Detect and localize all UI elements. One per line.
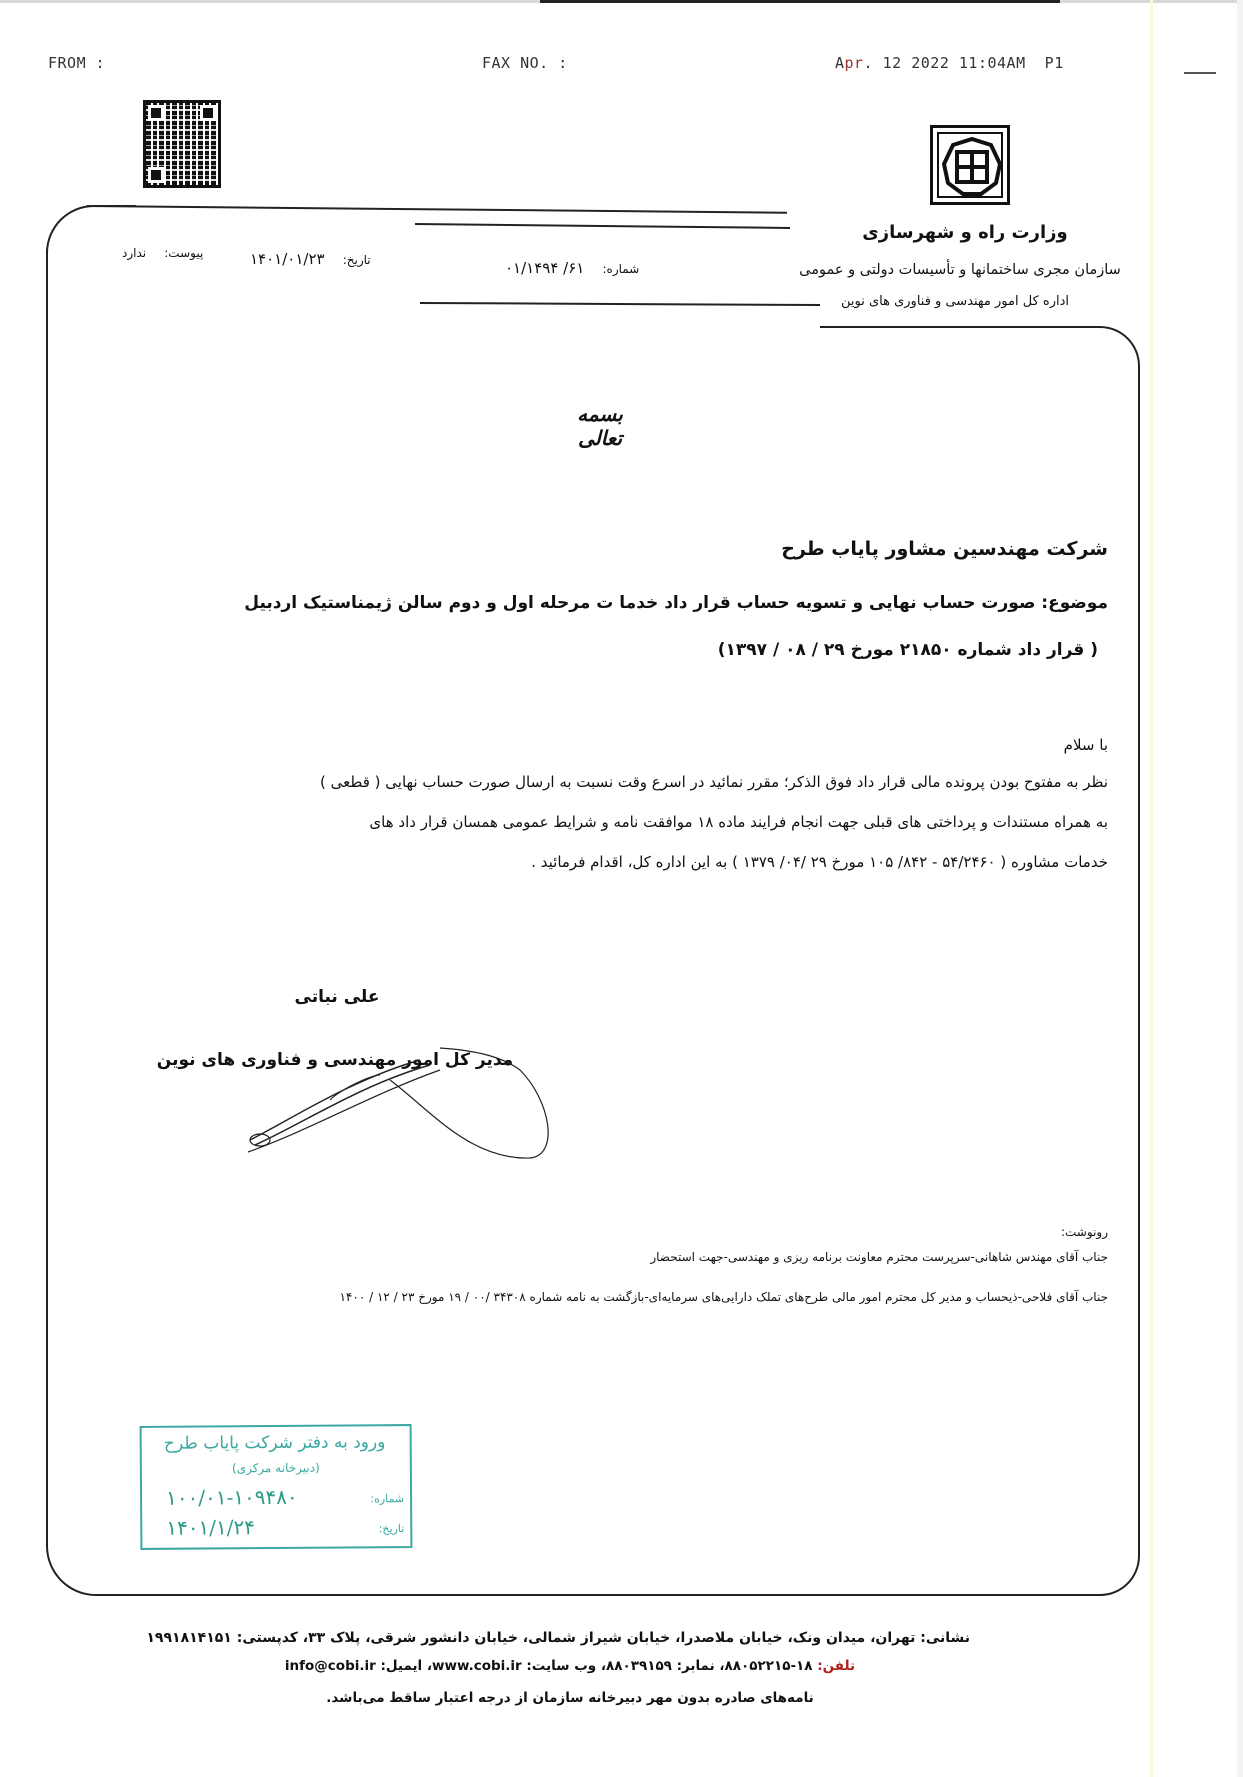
stamp-number-row: شماره: ۱۰۰/۰۱-۱۰۹۴۸۰ xyxy=(146,1492,404,1507)
contract-reference: ( قرار داد شماره ۲۱۸۵۰ مورخ ۲۹ / ۰۸ / ۱۳… xyxy=(718,640,1098,660)
attachment-label: پیوست: xyxy=(164,246,203,260)
subject: موضوع: صورت حساب نهایی و تسویه حساب قرار… xyxy=(244,593,1108,613)
footer-contact: تلفن: ۱۸-۸۸۰۵۲۲۱۵، نمابر: ۸۸۰۳۹۱۵۹، وب س… xyxy=(250,1658,890,1674)
receipt-stamp: ورود به دفتر شرکت پایاب طرح (دبیرخانه مر… xyxy=(140,1424,413,1550)
frame-top-line xyxy=(87,205,787,214)
date-value: ۱۴۰۱/۰۱/۲۳ xyxy=(250,250,325,268)
scan-artifact-strip xyxy=(1150,0,1153,1777)
number-value: ۶۱/ ۰۱/۱۴۹۴ xyxy=(505,259,584,277)
handwritten-signature-icon xyxy=(230,1040,560,1170)
stamp-number-label: شماره: xyxy=(370,1492,404,1505)
cc-title: رونوشت: xyxy=(1061,1225,1108,1239)
stamp-title: ورود به دفتر شرکت پایاب طرح xyxy=(144,1432,406,1454)
frame-right xyxy=(820,326,1140,1596)
scan-right-edge xyxy=(1237,0,1243,1777)
recipient: شرکت مهندسین مشاور پایاب طرح xyxy=(781,538,1108,560)
fax-header: FROM : FAX NO. : Apr. 12 2022 11:04AM P1 xyxy=(0,50,1243,80)
basmala: بسمه تعالی xyxy=(560,402,640,450)
fax-from-label: FROM : xyxy=(48,54,105,72)
attachment-value: ندارد xyxy=(122,246,146,260)
scan-top-edge xyxy=(0,0,1243,3)
stamp-date-row: تاریخ: ۱۴۰۱/۱/۲۴ xyxy=(146,1522,404,1537)
letter-date: تاریخ: ۱۴۰۱/۰۱/۲۳ xyxy=(250,250,371,268)
header-rule-top xyxy=(415,223,790,229)
stamp-date-label: تاریخ: xyxy=(379,1522,405,1535)
signer-name: علی نباتی xyxy=(292,987,382,1007)
contact-details: ۱۸-۸۸۰۵۲۲۱۵، نمابر: ۸۸۰۳۹۱۵۹، وب سایت: w… xyxy=(285,1658,817,1674)
number-label: شماره: xyxy=(603,262,640,276)
fax-date-prefix: A xyxy=(835,54,845,72)
footer-address: نشانی: تهران، میدان ونک، خیابان ملاصدرا،… xyxy=(150,1630,970,1646)
frame-left-bottom xyxy=(46,250,846,1596)
letter-number: شماره: ۶۱/ ۰۱/۱۴۹۴ xyxy=(505,259,639,277)
fax-date-rest: . 12 2022 11:04AM P1 xyxy=(864,54,1064,72)
stamp-subtitle: (دبیرخانه مرکزی) xyxy=(142,1460,410,1476)
greeting: با سلام xyxy=(1064,736,1108,754)
body-line: نظر به مفتوح بودن پرونده مالی قرار داد ف… xyxy=(320,773,1108,791)
fax-date-accent: pr xyxy=(845,54,864,72)
ministry-emblem-icon xyxy=(930,125,1010,205)
department-name: اداره کل امور مهندسی و فناوری های نوین xyxy=(820,294,1090,309)
footer-notice: نامه‌های صادره بدون مهر دبیرخانه سازمان … xyxy=(300,1690,840,1706)
letter-attachment: پیوست: ندارد xyxy=(108,246,203,261)
stamp-number-value: ۱۰۰/۰۱-۱۰۹۴۸۰ xyxy=(166,1485,298,1510)
body-line: خدمات مشاوره ( ۵۴/۲۴۶۰ - ۸۴۲/ ۱۰۵ مورخ ۲… xyxy=(531,853,1108,871)
fax-dash-mark xyxy=(1184,72,1216,74)
cc-line: جناب آقای مهندس شاهانی-سرپرست محترم معاو… xyxy=(650,1250,1108,1264)
fax-number-label: FAX NO. : xyxy=(482,54,568,72)
date-label: تاریخ: xyxy=(343,253,371,267)
cc-line: جناب آقای فلاحی-ذیحساب و مدیر کل محترم ا… xyxy=(339,1290,1108,1304)
fax-timestamp: Apr. 12 2022 11:04AM P1 xyxy=(835,54,1064,72)
phone-label: تلفن: xyxy=(817,1658,855,1674)
body-line: به همراه مستندات و پرداختی های قبلی جهت … xyxy=(369,813,1108,831)
ministry-name: وزارت راه و شهرسازی xyxy=(860,222,1070,243)
stamp-date-value: ۱۴۰۱/۱/۲۴ xyxy=(166,1515,255,1540)
qr-code-icon xyxy=(143,100,221,188)
